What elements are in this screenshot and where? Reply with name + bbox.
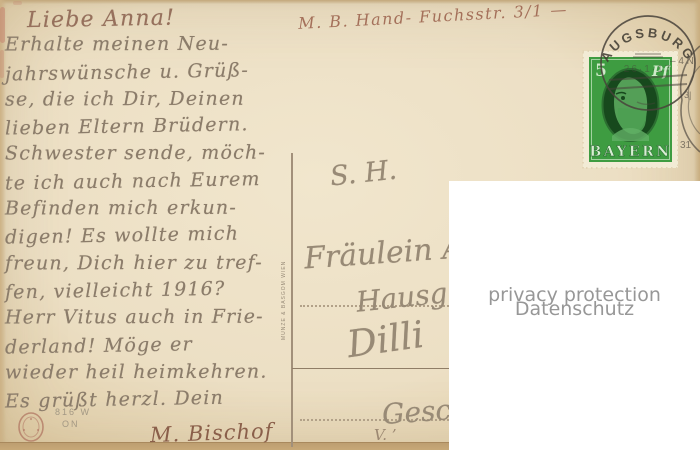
message-line: te ich auch nach Eurem xyxy=(5,167,297,199)
edge-wear-mark xyxy=(13,1,22,5)
catalog-number-print: ON xyxy=(62,419,80,429)
message-line: se, die ich Dir, Deinen xyxy=(5,87,297,115)
privacy-overlay: privacy protection Datenschutz xyxy=(449,181,700,450)
message-line: Befinden mich erkun- xyxy=(5,197,297,225)
message-line: derland! Möge er xyxy=(5,331,297,363)
message-line: Es grüßt herzl. Dein xyxy=(5,386,297,418)
postmark-fragment: 3| xyxy=(684,90,691,100)
message-line: Liebe Anna! xyxy=(5,3,297,35)
postmark-fragment: 31 xyxy=(680,140,692,151)
message-line: fen, vielleicht 1916? xyxy=(5,276,297,308)
address-line: Dilli xyxy=(344,313,426,366)
address-solid-line xyxy=(292,368,449,369)
message-line: jahrswünsche u. Grüß- xyxy=(5,58,297,90)
signature: M. Bischof xyxy=(150,419,274,447)
postcard-photo: Liebe Anna! Erhalte meinen Neu- jahrswün… xyxy=(0,0,700,450)
sender-line: M. B. Hand- Fuchsstr. 3/1 — xyxy=(298,0,639,33)
partial-postmark: – 4 N 3| 31 xyxy=(662,38,700,198)
handwritten-message: Liebe Anna! Erhalte meinen Neu- jahrswün… xyxy=(5,6,297,415)
postmark-fragment: – 4 N xyxy=(670,56,694,67)
message-line: Herr Vitus auch in Frie- xyxy=(5,306,297,334)
stray-ink-marks: V. ’ xyxy=(374,426,397,444)
message-line: Schwester sende, möch- xyxy=(5,142,297,170)
address-line: Fräulein A xyxy=(303,230,465,276)
message-line: wieder heil heimkehren. xyxy=(5,360,297,388)
edge-wear-mark xyxy=(0,50,4,78)
message-line: freun, Dich hier zu tref- xyxy=(5,251,297,279)
address-line: Hausg xyxy=(355,276,449,318)
privacy-label-de: Datenschutz xyxy=(449,303,700,317)
address-prefix: S. H. xyxy=(329,155,399,193)
stamp-country: BAYERN xyxy=(589,144,671,160)
message-line: digen! Es wollte mich xyxy=(5,222,297,254)
message-line: lieben Eltern Brüdern. xyxy=(5,113,297,145)
message-line: Erhalte meinen Neu- xyxy=(5,33,297,61)
